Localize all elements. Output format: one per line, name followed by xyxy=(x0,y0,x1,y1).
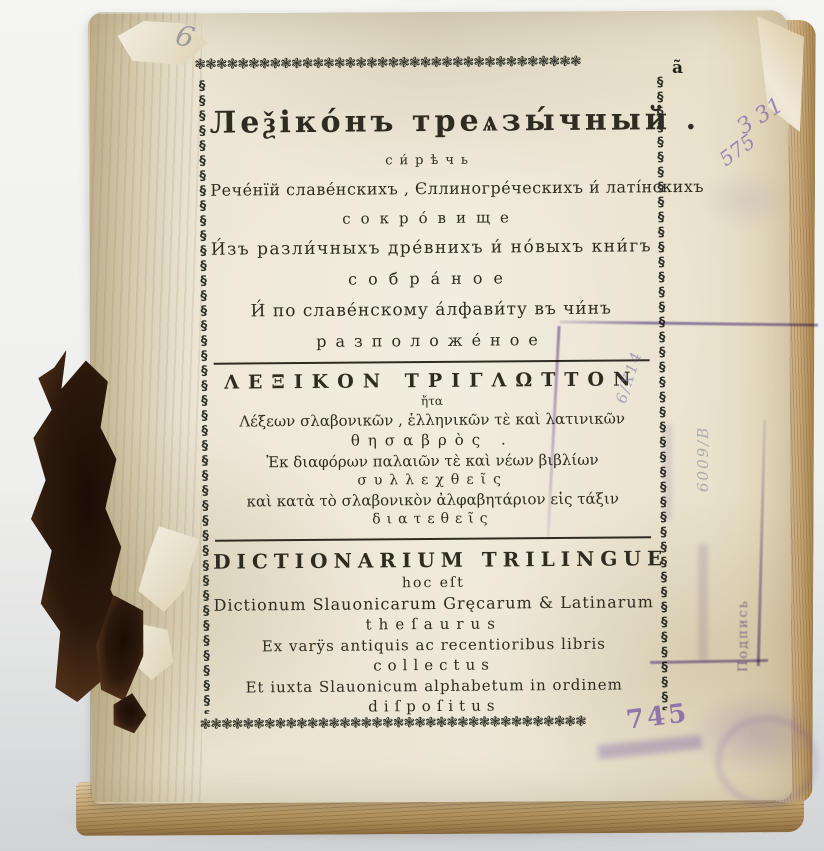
latin-title-line-8: diſpoſitus xyxy=(214,695,654,716)
photograph-old-book: ❃❃❃❃❃❃❃❃❃❃❃❃❃❃❃❃❃❃❃❃❃❃❃❃❃❃❃❃❃❃❃❃❃❃❃❃ ❃❃❃… xyxy=(0,0,824,851)
latin-title-line-2: hoc eſt xyxy=(213,573,653,592)
divider-rule-2 xyxy=(215,536,651,541)
slavonic-title-line-5: И́зъ разли́чныхъ дре́внихъ и́ но́выхъ кн… xyxy=(211,236,651,259)
latin-title-line-6: collectus xyxy=(214,654,654,675)
latin-title-line-4: theſaurus xyxy=(214,613,654,634)
folio-number-mark: а̃ xyxy=(672,58,683,78)
slavonic-title-line-3: Рече́нїй славе́нскихъ , Єллиногре́ческих… xyxy=(210,177,650,199)
slavonic-title-line-8: разположе́ное xyxy=(211,329,651,351)
greek-title-line-1: ΛΕΞΙΚΟΝ ΤΡΙΓΛΩΤΤΟΝ xyxy=(212,368,652,393)
greek-title-line-3: Λέξεων σλαβονικῶν , ἑλληνικῶν τὲ καὶ λατ… xyxy=(212,409,652,430)
latin-title-line-5: Ex varÿs antiquis ac recentioribus libri… xyxy=(214,634,654,655)
slavonic-title-line-7: И́ по славе́нскому а́лфави́ту въ чи́нъ xyxy=(211,298,651,321)
greek-title-line-7: καὶ κατὰ τὸ σλαβονικὸν ἀλφαβητάριον εἰς … xyxy=(213,489,653,510)
divider-rule-1 xyxy=(214,359,650,364)
border-bottom-row: ❃❃❃❃❃❃❃❃❃❃❃❃❃❃❃❃❃❃❃❃❃❃❃❃❃❃❃❃❃❃❃❃❃❃❃❃ xyxy=(200,714,672,738)
slavonic-title-line-1: Леѯіко́нъ треѧзы́чный . xyxy=(210,102,650,140)
slavonic-title-line-6: собра́ное xyxy=(211,267,651,289)
slavonic-title-line-2: си́рѣчь xyxy=(210,151,650,169)
latin-title-line-7: Et iuxta Slauonicum alphabetum in ordine… xyxy=(214,675,654,696)
greek-title-line-2: ἤτα xyxy=(212,392,652,409)
greek-title-line-5: Ἐκ διαφόρων παλαιῶν τὲ καὶ νέων βιβλίων xyxy=(212,450,652,471)
title-text-block: Леѯіко́нъ треѧзы́чный . си́рѣчь Рече́нїй… xyxy=(210,90,655,716)
slavonic-title-line-4: сокро́вище xyxy=(210,207,650,228)
greek-title-line-6: συλλεχθεῖς xyxy=(213,470,653,489)
greek-title-line-8: διατεθεῖς xyxy=(213,509,653,528)
border-top-row: ❃❃❃❃❃❃❃❃❃❃❃❃❃❃❃❃❃❃❃❃❃❃❃❃❃❃❃❃❃❃❃❃❃❃❃❃ xyxy=(194,54,666,78)
latin-title-line-1: DICTIONARIUM TRILINGUE xyxy=(213,546,653,573)
greek-title-line-4: θησαβρὸς . xyxy=(212,429,652,450)
latin-title-line-3: Dictionum Slauonicarum Gręcarum & Latina… xyxy=(214,592,654,614)
